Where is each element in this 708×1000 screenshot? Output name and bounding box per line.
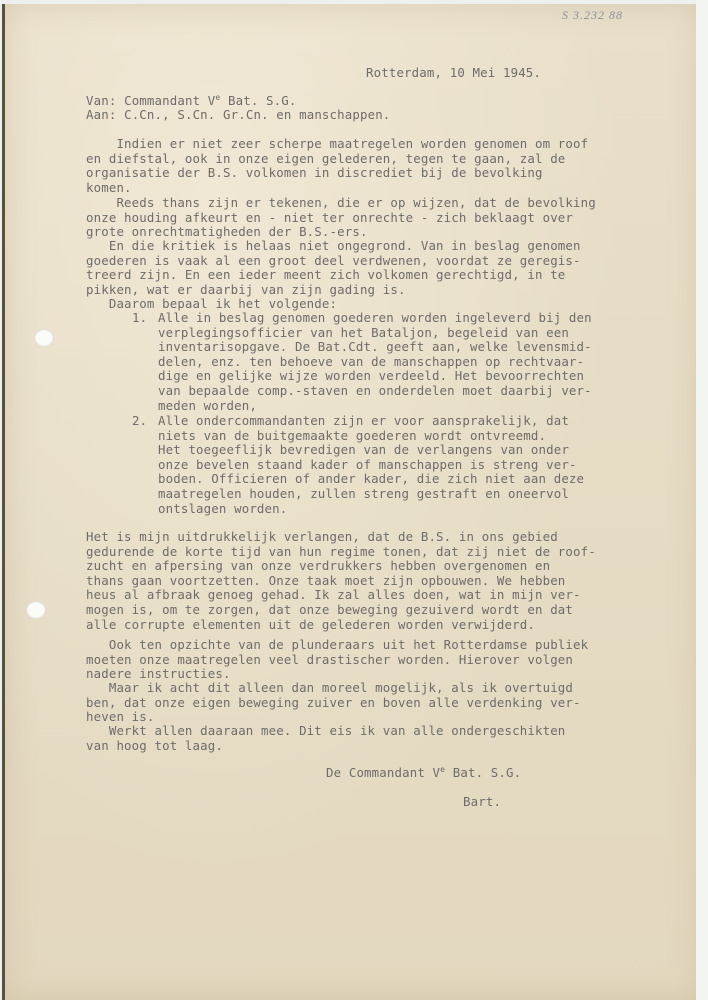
paragraph-2: Reeds thans zijn er tekenen, die er op w… [86, 196, 596, 240]
to-value: C.Cn., S.Cn. Gr.Cn. en manschappen. [124, 107, 390, 122]
to-label: Aan: [86, 107, 116, 122]
from-label: Van: [86, 93, 116, 108]
to-line: Aan: C.Cn., S.Cn. Gr.Cn. en manschappen. [86, 108, 390, 123]
place-date: Rotterdam, 10 Mei 1945. [366, 66, 541, 81]
paragraph-3: En die kritiek is helaas niet ongegrond.… [86, 239, 581, 297]
signature-name: Bart. [463, 795, 501, 810]
signature-title-a: De Commandant V [326, 765, 440, 780]
item-1-text: Alle in beslag genomen goederen worden i… [158, 311, 592, 413]
signature-title: De Commandant Ve Bat. S.G. [326, 766, 521, 781]
from-rest: Bat. S.G. [220, 93, 296, 108]
punch-hole-bottom [26, 601, 46, 619]
item-2-number: 2. [132, 414, 147, 429]
paragraph-1: Indien er niet zeer scherpe maatregelen … [86, 137, 588, 195]
item-1-number: 1. [132, 311, 147, 326]
punch-hole-top [34, 329, 54, 347]
from-value: Commandant V [124, 93, 215, 108]
scan-border [696, 0, 708, 1000]
archive-number: S 3.232 88 [562, 8, 623, 23]
paragraph-7: Maar ik acht dit alleen dan moreel mogel… [86, 681, 581, 725]
paragraph-8: Werkt allen daaraan mee. Dit eis ik van … [86, 724, 565, 753]
paragraph-6: Ook ten opzichte van de plunderaars uit … [86, 638, 588, 682]
item-2-text: Alle ondercommandanten zijn er voor aans… [158, 414, 584, 516]
paragraph-5: Het is mijn uitdrukkelijk verlangen, dat… [86, 530, 596, 632]
signature-title-b: Bat. S.G. [445, 765, 521, 780]
